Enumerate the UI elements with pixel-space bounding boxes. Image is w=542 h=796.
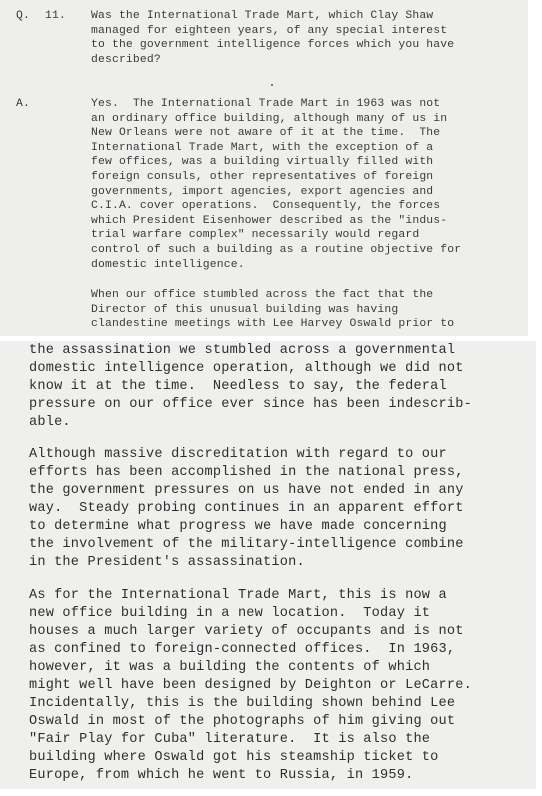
answer-paragraph-1: Yes. The International Trade Mart in 196… — [91, 97, 461, 272]
text-line: managed for eighteen years, of any speci… — [91, 24, 454, 39]
text-line: the government pressures on us have not … — [29, 482, 464, 500]
text-line: C.I.A. cover operations. Consequently, t… — [91, 199, 461, 214]
text-line: the involvement of the military-intellig… — [29, 536, 464, 554]
paragraph-continuation: the assassination we stumbled across a g… — [29, 342, 472, 432]
text-line: "Fair Play for Cuba" literature. It is a… — [29, 731, 472, 749]
text-line: Was the International Trade Mart, which … — [91, 9, 454, 24]
text-line: International Trade Mart, with the excep… — [91, 141, 461, 156]
text-line: Oswald in most of the photographs of him… — [29, 713, 472, 731]
text-line: building where Oswald got his steamship … — [29, 749, 472, 767]
text-line: clandestine meetings with Lee Harvey Osw… — [91, 317, 454, 332]
text-line: Incidentally, this is the building shown… — [29, 695, 472, 713]
text-line: way. Steady probing continues in an appa… — [29, 500, 464, 518]
text-line: in the President's assassination. — [29, 554, 464, 572]
text-line: new office building in a new location. T… — [29, 605, 472, 623]
text-line: as confined to foreign-connected offices… — [29, 641, 472, 659]
text-line: As for the International Trade Mart, thi… — [29, 587, 472, 605]
text-line: Director of this unusual building was ha… — [91, 303, 454, 318]
text-line: able. — [29, 414, 472, 432]
text-line: domestic intelligence. — [91, 258, 461, 273]
question-text: Was the International Trade Mart, which … — [91, 9, 454, 67]
text-line: might well have been designed by Deighto… — [29, 677, 472, 695]
answer-paragraph-2: When our office stumbled across the fact… — [91, 288, 454, 332]
document-page-top: Q. 11. Was the International Trade Mart,… — [0, 0, 528, 336]
paragraph-discreditation: Although massive discreditation with reg… — [29, 446, 464, 572]
text-line: houses a much larger variety of occupant… — [29, 623, 472, 641]
text-line: pressure on our office ever since has be… — [29, 396, 472, 414]
scan-speck — [271, 84, 273, 86]
text-line: which President Eisenhower described as … — [91, 214, 461, 229]
text-line: Although massive discreditation with reg… — [29, 446, 464, 464]
text-line: Europe, from which he went to Russia, in… — [29, 767, 472, 785]
text-line: know it at the time. Needless to say, th… — [29, 378, 472, 396]
text-line: domestic intelligence operation, althoug… — [29, 360, 472, 378]
text-line: efforts has been accomplished in the nat… — [29, 464, 464, 482]
text-line: When our office stumbled across the fact… — [91, 288, 454, 303]
text-line: to the government intelligence forces wh… — [91, 38, 454, 53]
document-page-bottom: the assassination we stumbled across a g… — [0, 341, 536, 789]
text-line: an ordinary office building, although ma… — [91, 112, 461, 127]
question-number: 11. — [45, 9, 66, 24]
text-line: to determine what progress we have made … — [29, 518, 464, 536]
text-line: however, it was a building the contents … — [29, 659, 472, 677]
paragraph-trade-mart: As for the International Trade Mart, thi… — [29, 587, 472, 785]
text-line: few offices, was a building virtually fi… — [91, 155, 461, 170]
text-line: described? — [91, 53, 454, 68]
text-line: trial warfare complex" necessarily would… — [91, 228, 461, 243]
text-line: the assassination we stumbled across a g… — [29, 342, 472, 360]
text-line: Yes. The International Trade Mart in 196… — [91, 97, 461, 112]
answer-label: A. — [16, 97, 30, 112]
text-line: New Orleans were not aware of it at the … — [91, 126, 461, 141]
text-line: governments, import agencies, export age… — [91, 185, 461, 200]
question-label: Q. — [16, 9, 30, 24]
text-line: foreign consuls, other representatives o… — [91, 170, 461, 185]
text-line: control of such a building as a routine … — [91, 243, 461, 258]
